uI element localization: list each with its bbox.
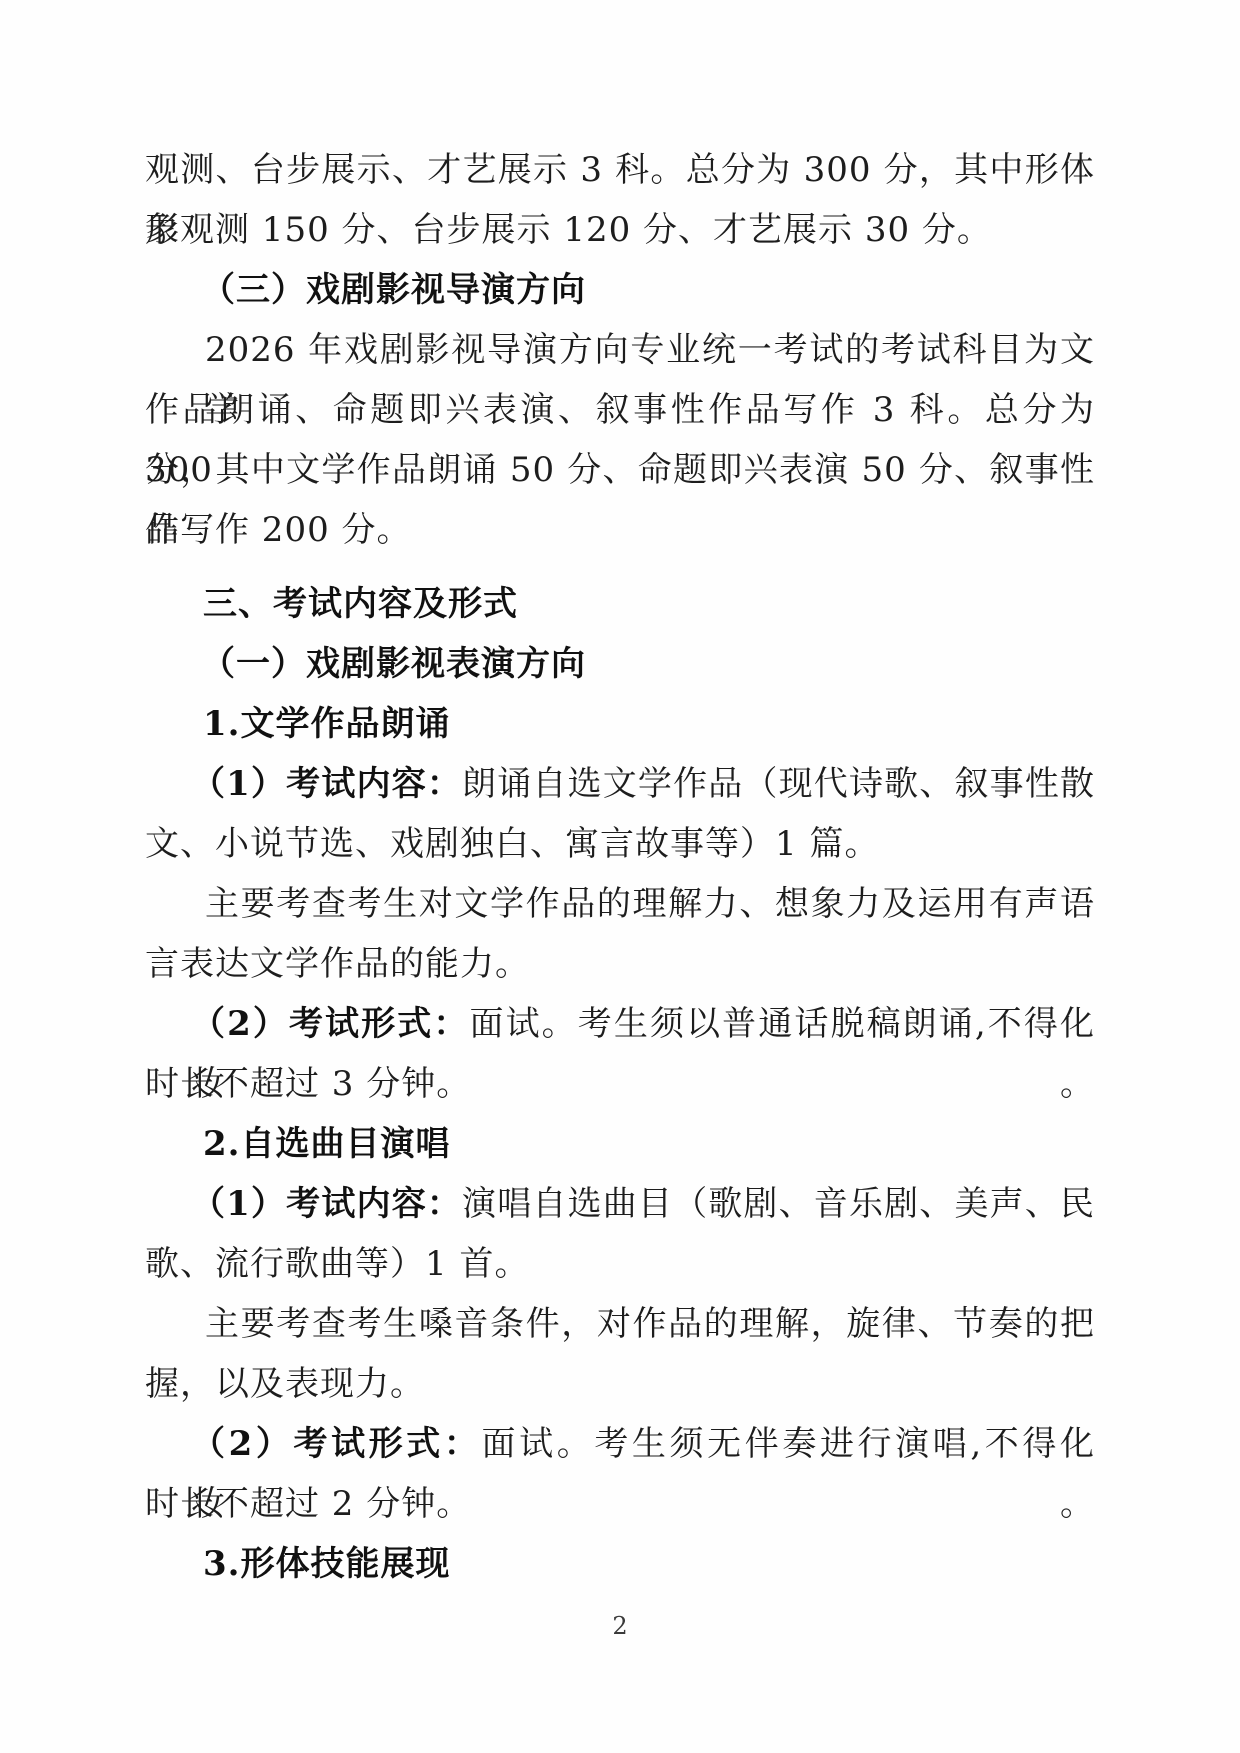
paragraph-line: （1）考试内容：朗诵自选文学作品（现代诗歌、叙事性散 [145,754,1095,814]
paragraph-line: 握，以及表现力。 [145,1354,1095,1414]
heading-direction-acting: （一）戏剧影视表演方向 [145,634,1095,694]
paragraph-text: 演唱自选曲目（歌剧、音乐剧、美声、民 [462,1184,1095,1224]
paragraph-line: 歌、流行歌曲等）1 首。 [145,1234,1095,1294]
paragraph-line: 作品朗诵、命题即兴表演、叙事性作品写作 3 科。总分为 300 [145,380,1095,440]
paragraph-text: 朗诵自选文学作品（现代诗歌、叙事性散 [462,764,1095,804]
exam-format-label: （2）考试形式： [191,1424,482,1464]
paragraph-line: 主要考查考生嗓音条件，对作品的理解，旋律、节奏的把 [145,1294,1095,1354]
document-body: 观测、台步展示、才艺展示 3 科。总分为 300 分，其中形体形 象观测 150… [145,140,1095,1594]
heading-section-three: 三、考试内容及形式 [145,574,1095,634]
paragraph-line: 文、小说节选、戏剧独白、寓言故事等）1 篇。 [145,814,1095,874]
heading-item-1-recitation: 1.文学作品朗诵 [145,694,1095,754]
document-page: 观测、台步展示、才艺展示 3 科。总分为 300 分，其中形体形 象观测 150… [0,0,1240,1753]
exam-format-label: （2）考试形式： [191,1004,469,1044]
paragraph-line: 言表达文学作品的能力。 [145,934,1095,994]
heading-item-3-physical-skills: 3.形体技能展现 [145,1534,1095,1594]
paragraph-line: 分，其中文学作品朗诵 50 分、命题即兴表演 50 分、叙事性作 [145,440,1095,500]
exam-content-label: （1）考试内容： [191,764,462,804]
paragraph-line: 品写作 200 分。 [145,500,1095,560]
page-number: 2 [612,1612,627,1640]
paragraph-line: 2026 年戏剧影视导演方向专业统一考试的考试科目为文学 [145,320,1095,380]
page-footer: 2 [0,1612,1240,1640]
paragraph-line: 主要考查考生对文学作品的理解力、想象力及运用有声语 [145,874,1095,934]
paragraph-line: 观测、台步展示、才艺展示 3 科。总分为 300 分，其中形体形 [145,140,1095,200]
heading-item-2-singing: 2.自选曲目演唱 [145,1114,1095,1174]
paragraph-line: （2）考试形式：面试。考生须无伴奏进行演唱,不得化妆。 [145,1414,1095,1474]
paragraph-line: 象观测 150 分、台步展示 120 分、才艺展示 30 分。 [145,200,1095,260]
paragraph-line: （2）考试形式：面试。考生须以普通话脱稿朗诵,不得化妆。 [145,994,1095,1054]
heading-direction-directing: （三）戏剧影视导演方向 [145,260,1095,320]
exam-content-label: （1）考试内容： [191,1184,462,1224]
paragraph-line: （1）考试内容：演唱自选曲目（歌剧、音乐剧、美声、民 [145,1174,1095,1234]
